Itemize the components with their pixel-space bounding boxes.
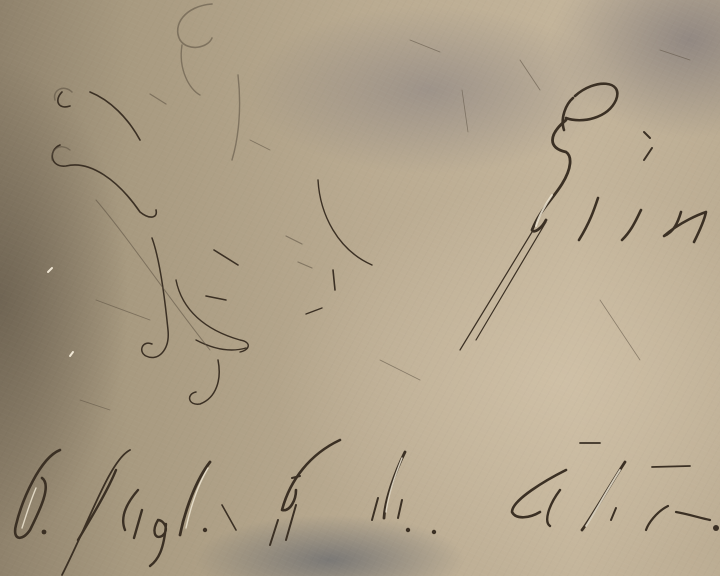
engraving-strokes (0, 0, 720, 576)
engraved-metal-photo: Grün 6. / Kgl. Sächs. Leib (0, 0, 720, 576)
monogram-flourish (52, 4, 372, 404)
script-line-regiment (15, 440, 719, 575)
script-word-gruen (460, 84, 706, 350)
